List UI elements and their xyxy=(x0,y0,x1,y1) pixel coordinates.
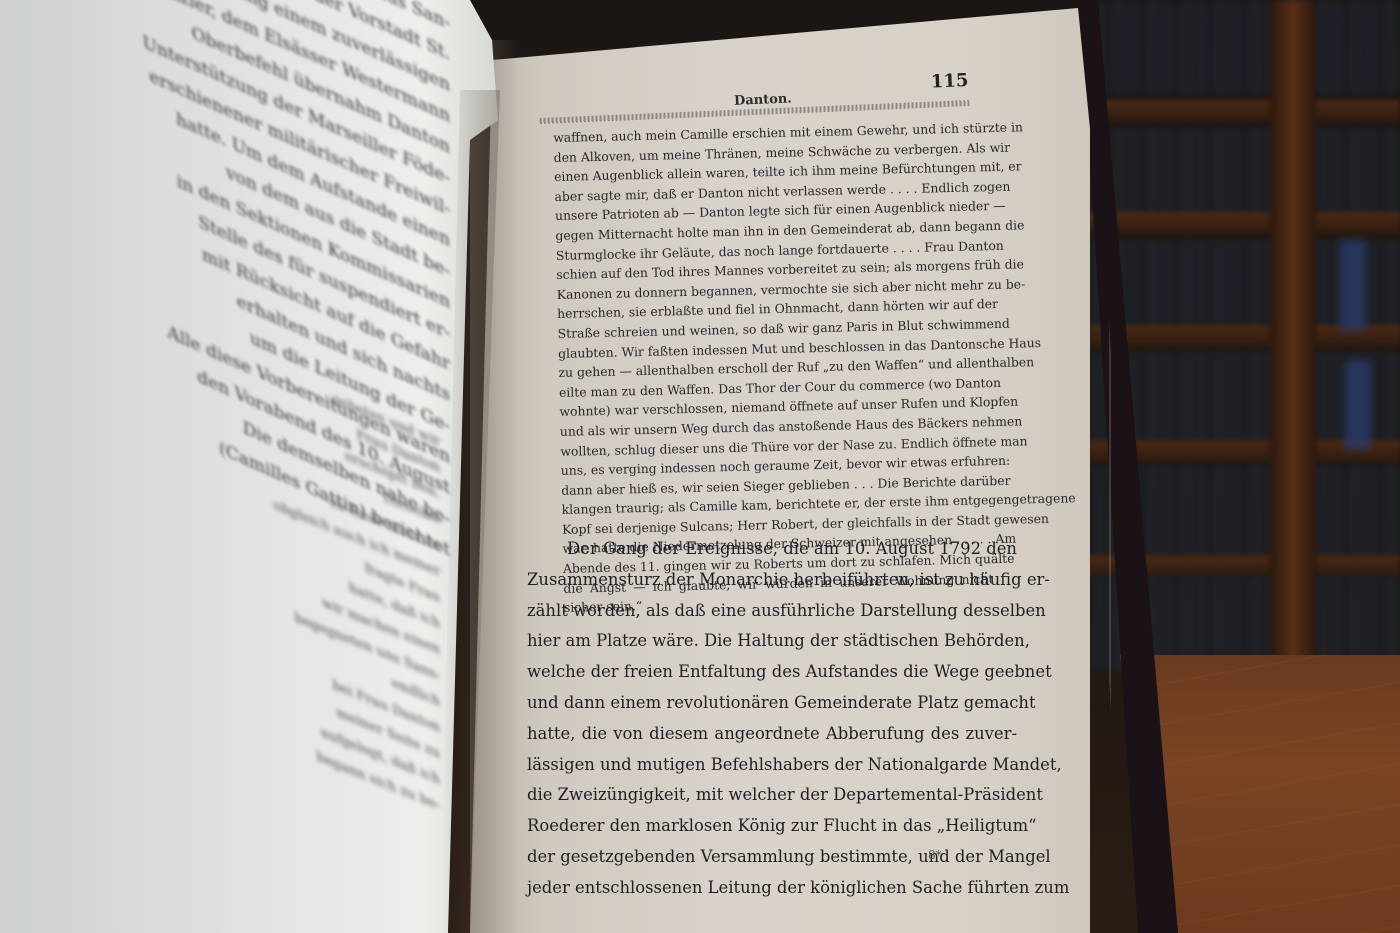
shelf-board xyxy=(1080,212,1400,234)
blue-book-spine xyxy=(1345,360,1371,450)
text-line: welche der freien Entfaltung des Aufstan… xyxy=(527,657,1017,688)
signature-mark: 8* xyxy=(928,848,942,862)
text-line: und dann einem revolutionären Gemeindera… xyxy=(527,688,1017,719)
text-line: der gesetzgebenden Versammlung bestimmte… xyxy=(527,842,1017,873)
text-line: jeder entschlossenen Leitung der königli… xyxy=(527,873,1017,904)
text-line: Roederer den marklosen König zur Flucht … xyxy=(527,811,1017,842)
text-line: Zusammensturz der Monarchie herbeiführte… xyxy=(527,565,1017,596)
blue-book-spine xyxy=(1340,240,1366,330)
text-line: hier am Platze wäre. Die Haltung der stä… xyxy=(527,626,1017,657)
text-line: Der Gang der Ereignisse, die am 10. Augu… xyxy=(527,534,1017,565)
text-line: die Zweizüngigkeit, mit welcher der Depa… xyxy=(527,780,1017,811)
text-line: lässigen und mutigen Befehlshabers der N… xyxy=(527,750,1017,781)
page-number: 115 xyxy=(930,70,968,93)
bookshelf-row xyxy=(1090,128,1400,223)
text-line: hatte, die von diesem angeordnete Abberu… xyxy=(527,719,1017,750)
shelf-post xyxy=(1270,0,1316,660)
running-head: Danton. xyxy=(734,91,792,108)
bookshelf-row xyxy=(1090,0,1400,95)
shelf-board xyxy=(1080,100,1400,122)
text-line: zählt worden, als daß eine ausführliche … xyxy=(527,596,1017,627)
main-body-paragraph: Der Gang der Ereignisse, die am 10. Augu… xyxy=(527,534,1017,904)
